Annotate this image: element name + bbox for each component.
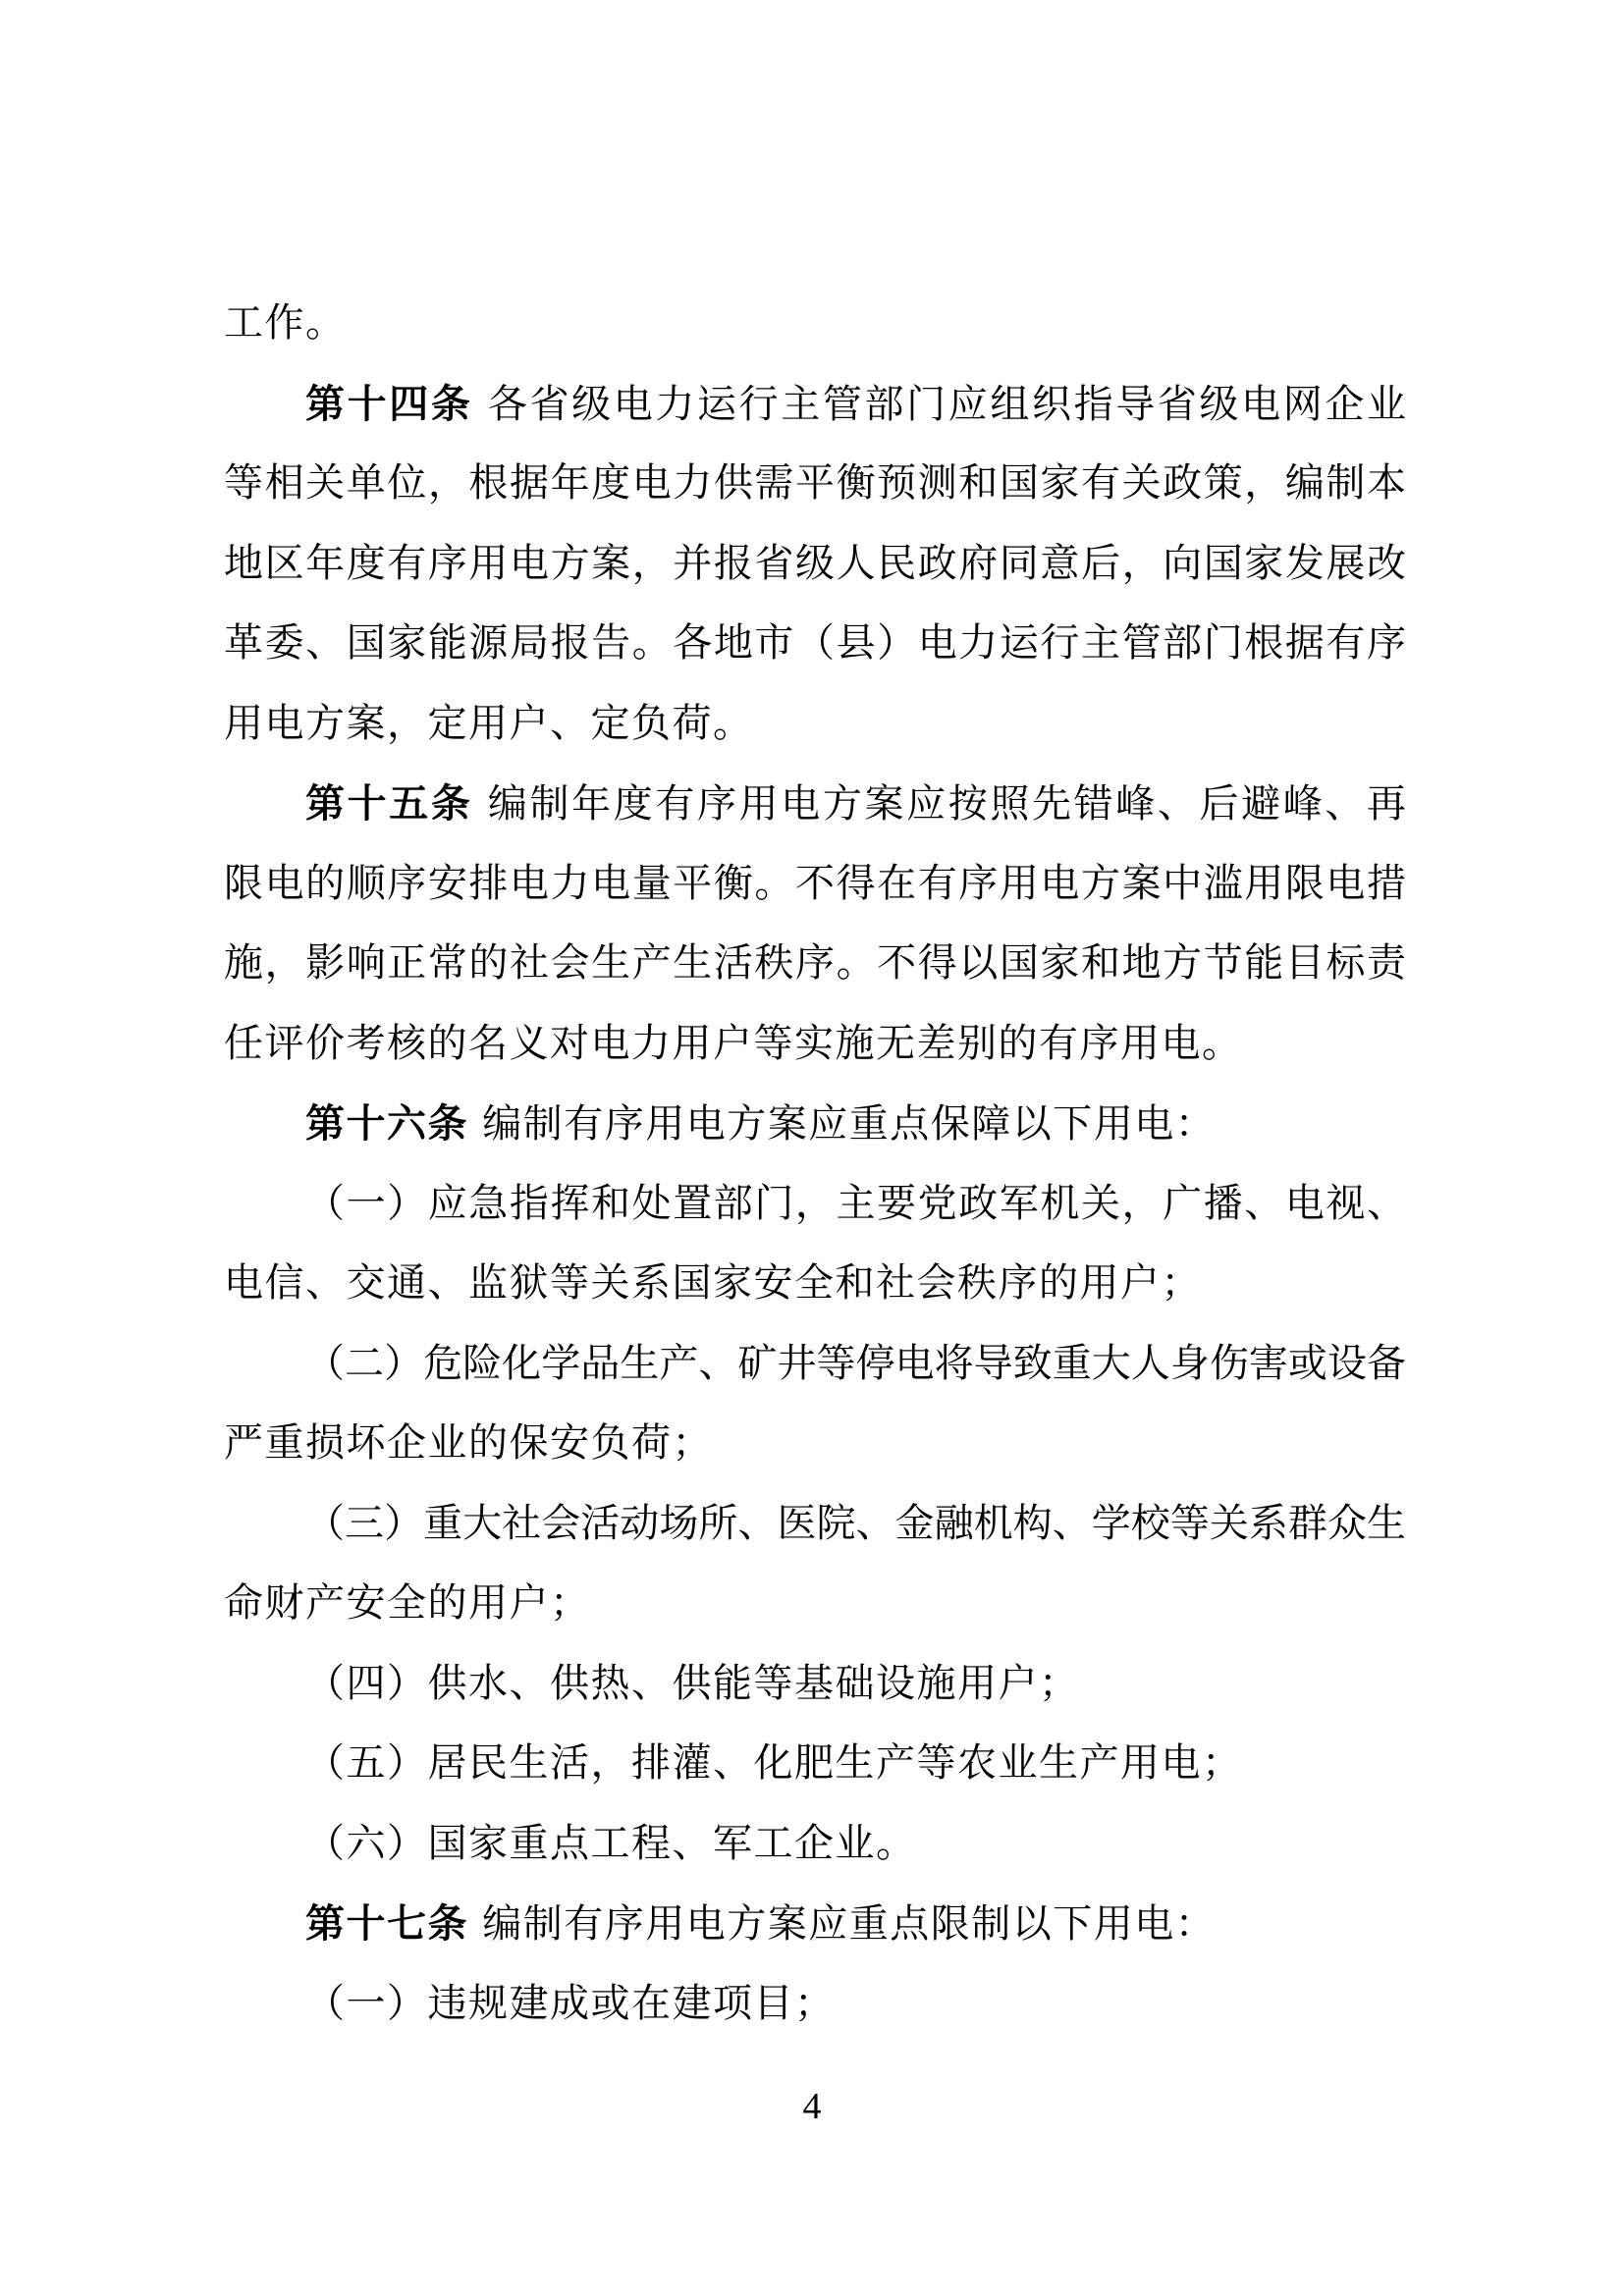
article-17: 第十七条 编制有序用电方案应重点限制以下用电： — [224, 1884, 1406, 1964]
text-line: 工作。 — [224, 284, 1406, 364]
text-line: 命财产安全的用户； — [224, 1564, 1406, 1644]
text-line: （五）居民生活，排灌、化肥生产等农业生产用电； — [224, 1724, 1406, 1804]
line-text: （六）国家重点工程、军工企业。 — [305, 1821, 917, 1866]
line-text: 编制有序用电方案应重点保障以下用电： — [468, 1101, 1216, 1147]
text-line: 限电的顺序安排电力电量平衡。不得在有序用电方案中滥用限电措 — [224, 844, 1406, 925]
line-text: （五）居民生活，排灌、化肥生产等农业生产用电； — [305, 1740, 1243, 1786]
line-text: 用电方案，定用户、定负荷。 — [224, 701, 754, 746]
article-label: 第十六条 — [305, 1100, 468, 1147]
document-body: 工作。 第十四条 各省级电力运行主管部门应组织指导省级电网企业 等相关单位，根据… — [224, 284, 1406, 2044]
text-line: 第十七条 编制有序用电方案应重点限制以下用电： — [224, 1884, 1406, 1964]
line-text: （一）违规建成或在建项目； — [305, 1981, 836, 2026]
article-14: 第十四条 各省级电力运行主管部门应组织指导省级电网企业 等相关单位，根据年度电力… — [224, 364, 1406, 765]
text-line: 用电方案，定用户、定负荷。 — [224, 684, 1406, 765]
line-text: 等相关单位，根据年度电力供需平衡预测和国家有关政策，编制本 — [224, 460, 1406, 506]
article-16: 第十六条 编制有序用电方案应重点保障以下用电： — [224, 1084, 1406, 1164]
line-text: 任评价考核的名义对电力用户等实施无差别的有序用电。 — [224, 1021, 1243, 1066]
list-item-4: （四）供水、供热、供能等基础设施用户； — [224, 1644, 1406, 1725]
article-label: 第十四条 — [305, 381, 473, 427]
paragraph-continuation: 工作。 — [224, 284, 1406, 364]
text-line: （六）国家重点工程、军工企业。 — [224, 1804, 1406, 1885]
text-line: （二）危险化学品生产、矿井等停电将导致重大人身伤害或设备 — [224, 1324, 1406, 1405]
text-line: （三）重大社会活动场所、医院、金融机构、学校等关系群众生 — [224, 1484, 1406, 1565]
line-text: 电信、交通、监狱等关系国家安全和社会秩序的用户； — [224, 1260, 1202, 1306]
text-line: 施，影响正常的社会生产生活秩序。不得以国家和地方节能目标责 — [224, 924, 1406, 1004]
text-line: 地区年度有序用电方案，并报省级人民政府同意后，向国家发展改 — [224, 524, 1406, 605]
text-line: 任评价考核的名义对电力用户等实施无差别的有序用电。 — [224, 1004, 1406, 1085]
list-item-2: （二）危险化学品生产、矿井等停电将导致重大人身伤害或设备 严重损坏企业的保安负荷… — [224, 1324, 1406, 1484]
list-item-1: （一）应急指挥和处置部门，主要党政军机关，广播、电视、 电信、交通、监狱等关系国… — [224, 1164, 1406, 1324]
line-text: （四）供水、供热、供能等基础设施用户； — [305, 1661, 1080, 1706]
text-line: （一）违规建成或在建项目； — [224, 1964, 1406, 2045]
line-text: 工作。 — [224, 300, 347, 346]
restricted-item-1: （一）违规建成或在建项目； — [224, 1964, 1406, 2045]
text-line: 电信、交通、监狱等关系国家安全和社会秩序的用户； — [224, 1244, 1406, 1324]
list-item-3: （三）重大社会活动场所、医院、金融机构、学校等关系群众生 命财产安全的用户； — [224, 1484, 1406, 1644]
list-item-6: （六）国家重点工程、军工企业。 — [224, 1804, 1406, 1885]
list-item-5: （五）居民生活，排灌、化肥生产等农业生产用电； — [224, 1724, 1406, 1804]
line-text: 地区年度有序用电方案，并报省级人民政府同意后，向国家发展改 — [224, 541, 1406, 586]
page-number: 4 — [0, 2085, 1624, 2128]
text-line: 革委、国家能源局报告。各地市（县）电力运行主管部门根据有序 — [224, 604, 1406, 684]
document-page: 工作。 第十四条 各省级电力运行主管部门应组织指导省级电网企业 等相关单位，根据… — [0, 0, 1624, 2296]
line-text: （三）重大社会活动场所、医院、金融机构、学校等关系群众生 — [305, 1501, 1406, 1546]
text-line: 第十四条 各省级电力运行主管部门应组织指导省级电网企业 — [224, 364, 1406, 445]
text-line: （四）供水、供热、供能等基础设施用户； — [224, 1644, 1406, 1725]
line-text: 严重损坏企业的保安负荷； — [224, 1420, 713, 1466]
line-text: 编制年度有序用电方案应按照先错峰、后避峰、再 — [473, 781, 1407, 827]
article-15: 第十五条 编制年度有序用电方案应按照先错峰、后避峰、再 限电的顺序安排电力电量平… — [224, 764, 1406, 1084]
text-line: 等相关单位，根据年度电力供需平衡预测和国家有关政策，编制本 — [224, 444, 1406, 524]
text-line: 严重损坏企业的保安负荷； — [224, 1404, 1406, 1484]
text-line: 第十六条 编制有序用电方案应重点保障以下用电： — [224, 1084, 1406, 1164]
line-text: 革委、国家能源局报告。各地市（县）电力运行主管部门根据有序 — [224, 620, 1406, 666]
text-line: （一）应急指挥和处置部门，主要党政军机关，广播、电视、 — [224, 1164, 1406, 1245]
line-text: （一）应急指挥和处置部门，主要党政军机关，广播、电视、 — [305, 1181, 1406, 1226]
line-text: 命财产安全的用户； — [224, 1580, 591, 1626]
line-text: （二）危险化学品生产、矿井等停电将导致重大人身伤害或设备 — [305, 1341, 1406, 1386]
article-label: 第十五条 — [305, 780, 473, 827]
line-text: 施，影响正常的社会生产生活秩序。不得以国家和地方节能目标责 — [224, 940, 1406, 986]
line-text: 编制有序用电方案应重点限制以下用电： — [468, 1901, 1216, 1947]
article-label: 第十七条 — [305, 1900, 468, 1947]
text-line: 第十五条 编制年度有序用电方案应按照先错峰、后避峰、再 — [224, 764, 1406, 844]
line-text: 限电的顺序安排电力电量平衡。不得在有序用电方案中滥用限电措 — [224, 861, 1406, 906]
line-text: 各省级电力运行主管部门应组织指导省级电网企业 — [473, 382, 1407, 427]
